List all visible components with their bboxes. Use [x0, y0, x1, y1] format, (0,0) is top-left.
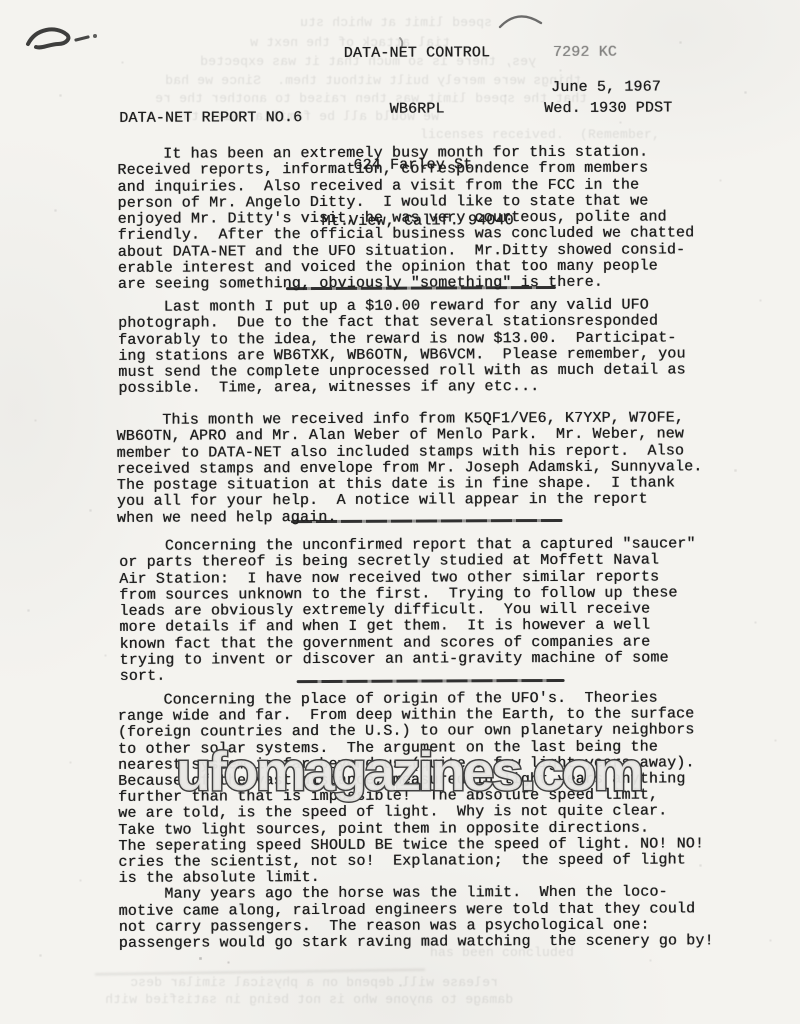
- scanned-document-page: speed limit at which stu tial attack of …: [0, 0, 800, 1024]
- letterhead-callsign: WB6RPL: [257, 100, 577, 120]
- site-watermark: ufomagazines.com: [176, 745, 641, 799]
- paragraph-ufo-origins: Concerning the place of origin of the UF…: [118, 690, 714, 952]
- paragraph-saucer-report: Concerning the unconfirmed report that a…: [119, 536, 696, 685]
- typed-content: DATA-NET CONTROL WB6RPL 624 Farley St. M…: [0, 0, 800, 1024]
- letterhead-org: DATA-NET CONTROL: [257, 44, 577, 64]
- net-schedule: Wed. 1930 PDST: [544, 99, 672, 118]
- paragraph-info-received: This month we received info from K5QF1/V…: [116, 410, 702, 527]
- report-title: DATA-NET REPORT NO.6: [119, 110, 302, 127]
- net-frequency: 7292 KC: [544, 44, 672, 63]
- paragraph-photo-reward: Last month I put up a $10.00 reward for …: [118, 297, 686, 397]
- date-line: June 5, 1967: [551, 80, 661, 97]
- paragraph-station-news: It has been an extremely busy month for …: [117, 144, 694, 293]
